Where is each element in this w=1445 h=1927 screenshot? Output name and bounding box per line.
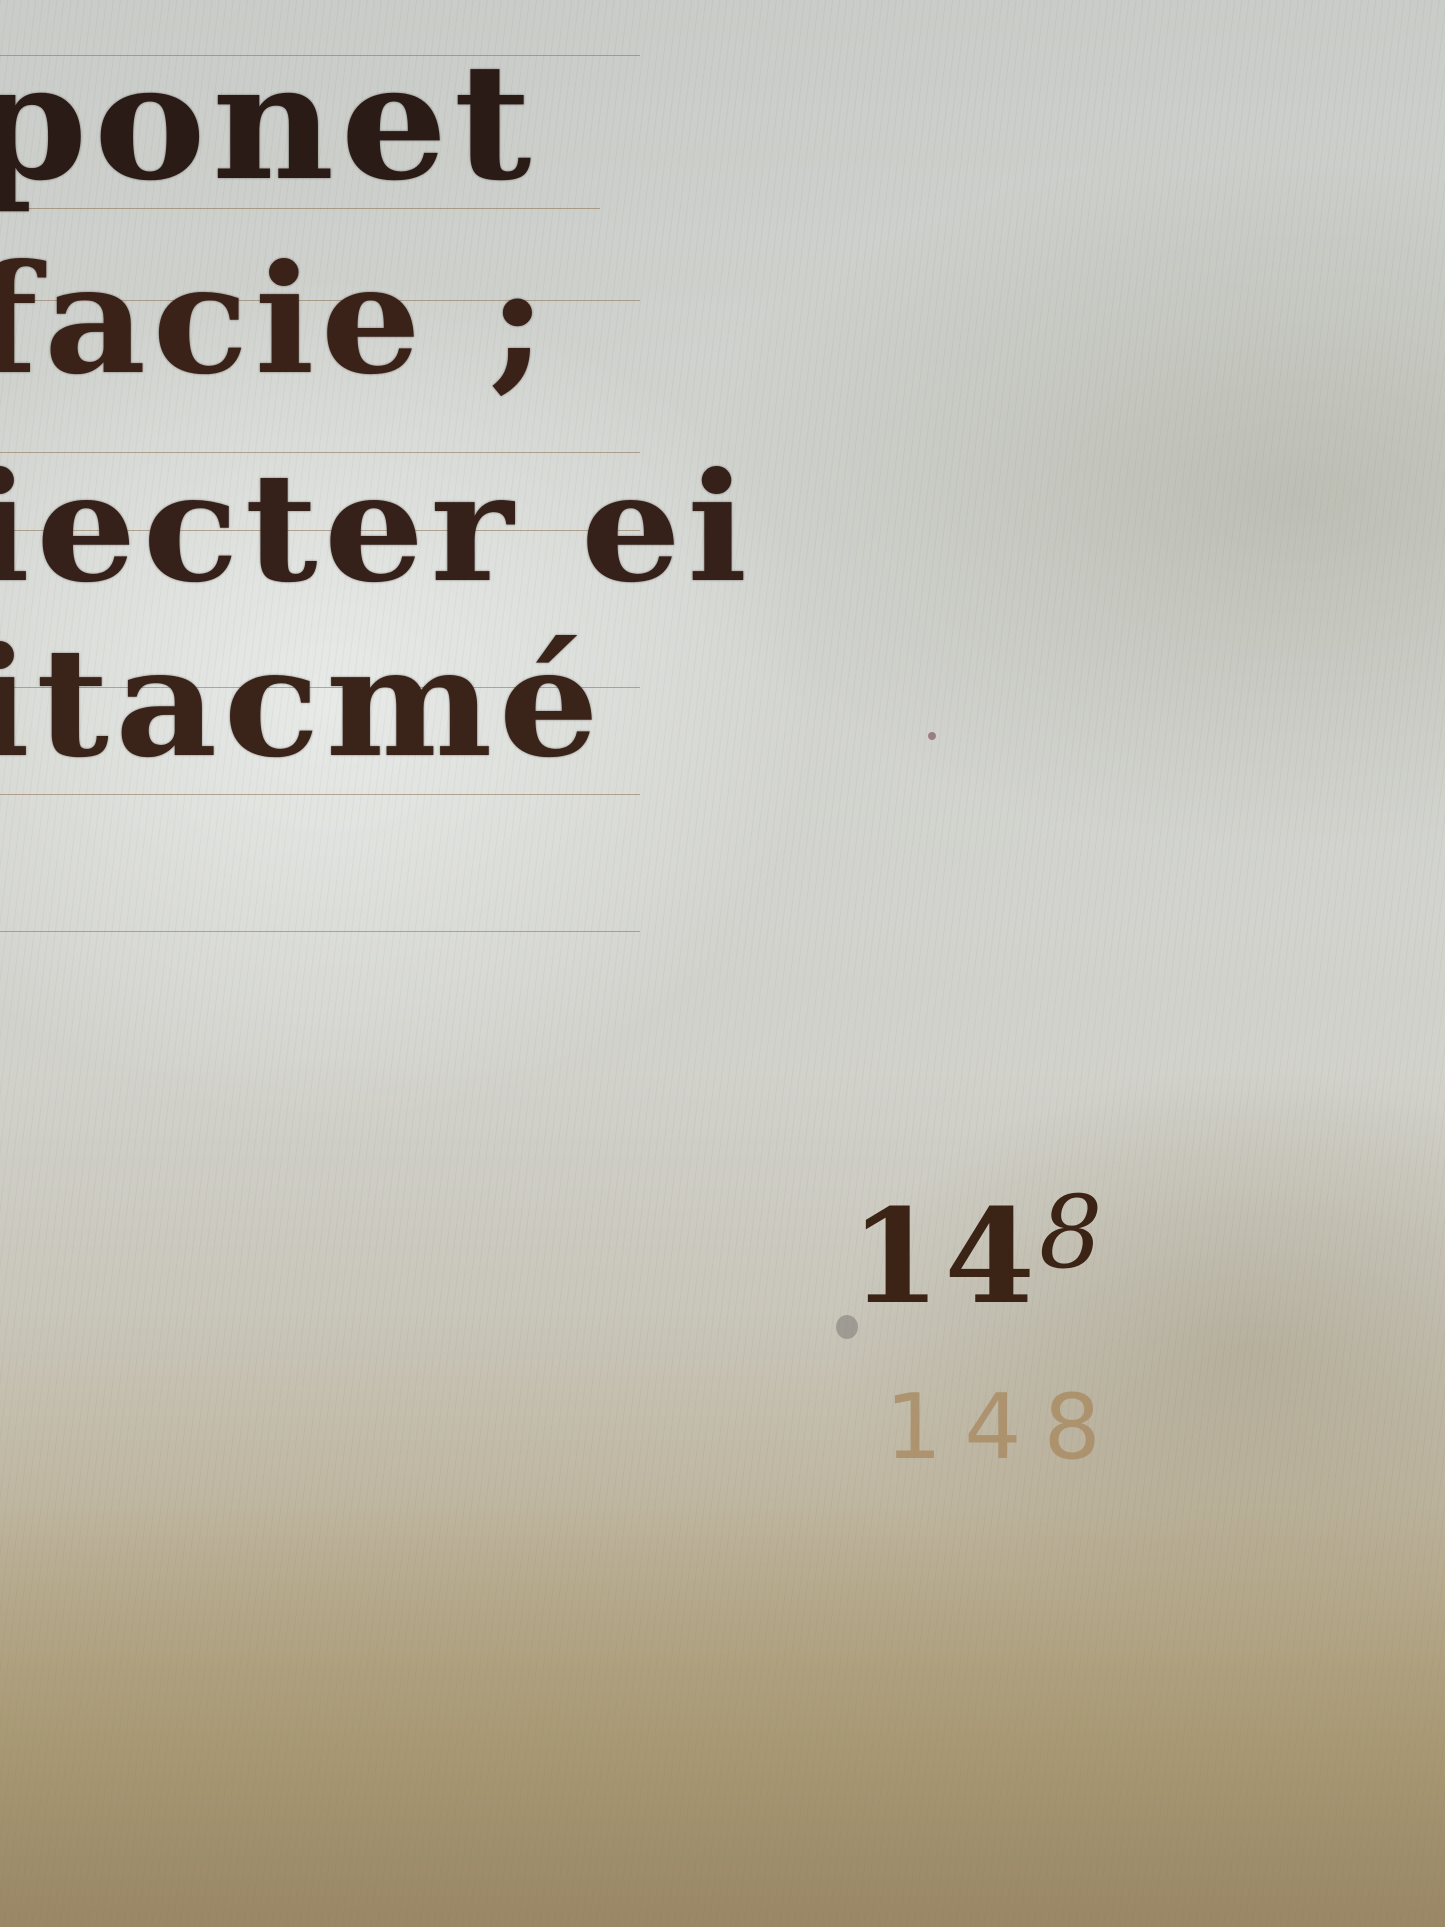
script-line-2: facie ; xyxy=(0,232,553,408)
ink-speck xyxy=(928,732,936,740)
folio-digit-sup: 8 xyxy=(1039,1174,1107,1291)
ink-spot xyxy=(836,1315,858,1339)
script-line-1: ponet xyxy=(0,28,538,216)
folio-number-pencil: 148 xyxy=(885,1375,1123,1480)
ruling-line xyxy=(0,794,640,795)
ruling-line xyxy=(0,931,640,932)
script-line-4: itacmé xyxy=(0,615,605,791)
script-line-3: iecter ei xyxy=(0,440,753,616)
vellum-page: ponet facie ; iecter ei itacmé 148 148 xyxy=(0,0,1445,1927)
folio-number-ink: 148 xyxy=(850,1180,1107,1333)
folio-digits: 14 xyxy=(850,1180,1039,1333)
bottom-stain xyxy=(0,1507,1445,1927)
